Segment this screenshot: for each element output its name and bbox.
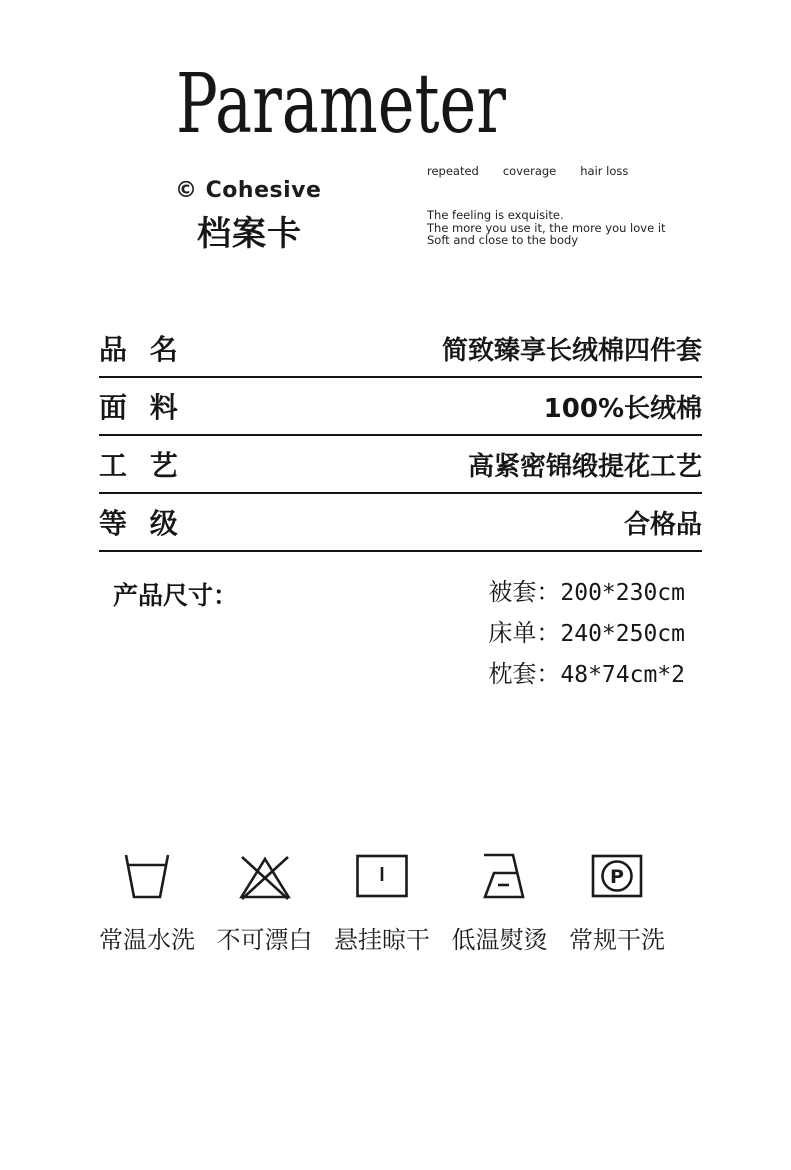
dimension-value: 200*230cm	[560, 580, 685, 606]
dimension-name: 床单：	[488, 619, 560, 647]
care-label: 常规干洗	[569, 920, 665, 955]
dimension-value: 48*74cm*2	[560, 662, 685, 688]
tagline-line: Soft and close to the body	[427, 234, 666, 247]
spec-value: 合格品	[624, 504, 702, 541]
dimension-name: 被套：	[488, 578, 560, 606]
care-label: 常温水洗	[99, 920, 195, 955]
dimension-value: 240*250cm	[560, 621, 685, 647]
dimensions-section: 产品尺寸： 被套：200*230cm 床单：240*250cm 枕套：48*74…	[113, 570, 685, 695]
dry-clean-icon: P	[589, 852, 645, 900]
svg-text:Parameter: Parameter	[176, 60, 507, 152]
tagline-line: The feeling is exquisite.	[427, 209, 666, 222]
dimensions-list: 被套：200*230cm 床单：240*250cm 枕套：48*74cm*2	[488, 572, 685, 695]
care-item: 常温水洗	[92, 852, 202, 955]
brand-name: © Cohesive	[175, 178, 321, 203]
no-bleach-icon	[237, 852, 293, 900]
spec-label: 等 级	[99, 502, 178, 542]
list-item: 被套：200*230cm	[488, 572, 685, 613]
card-label: 档案卡	[197, 206, 302, 255]
spec-label: 品 名	[99, 328, 178, 368]
care-label: 低温熨烫	[452, 920, 548, 955]
care-item: P 常规干洗	[562, 852, 672, 955]
table-row: 品 名 简致臻享长绒棉四件套	[99, 320, 702, 378]
keyword: hair loss	[580, 164, 628, 178]
tagline: The feeling is exquisite. The more you u…	[427, 209, 666, 247]
keyword: coverage	[503, 164, 556, 178]
parameter-card: Parameter © Cohesive 档案卡 repeated covera…	[0, 0, 791, 1170]
spec-label: 工 艺	[99, 444, 178, 484]
iron-low-icon	[472, 852, 528, 900]
care-item: 低温熨烫	[445, 852, 555, 955]
care-label: 悬挂晾干	[334, 920, 430, 955]
table-row: 面 料 100%长绒棉	[99, 378, 702, 436]
svg-text:P: P	[610, 866, 624, 888]
spec-value: 简致臻享长绒棉四件套	[442, 330, 702, 367]
spec-value: 100%长绒棉	[544, 388, 702, 425]
table-row: 工 艺 高紧密锦缎提花工艺	[99, 436, 702, 494]
page-title: Parameter	[176, 60, 521, 164]
title-text: Parameter	[176, 60, 521, 160]
spec-value: 高紧密锦缎提花工艺	[468, 446, 702, 483]
care-item: 悬挂晾干	[327, 852, 437, 955]
care-label: 不可漂白	[217, 920, 313, 955]
keyword: repeated	[427, 164, 479, 178]
table-row: 等 级 合格品	[99, 494, 702, 552]
dimensions-label: 产品尺寸：	[113, 576, 238, 695]
dimension-name: 枕套：	[488, 660, 560, 688]
care-symbols-row: 常温水洗 不可漂白 悬挂晾干 低温熨烫	[92, 852, 672, 955]
hang-dry-icon	[354, 852, 410, 900]
keyword-row: repeated coverage hair loss	[427, 164, 628, 178]
list-item: 床单：240*250cm	[488, 613, 685, 654]
wash-tub-icon	[119, 852, 175, 900]
care-item: 不可漂白	[210, 852, 320, 955]
spec-table: 品 名 简致臻享长绒棉四件套 面 料 100%长绒棉 工 艺 高紧密锦缎提花工艺…	[99, 320, 702, 552]
list-item: 枕套：48*74cm*2	[488, 654, 685, 695]
spec-label: 面 料	[99, 386, 178, 426]
